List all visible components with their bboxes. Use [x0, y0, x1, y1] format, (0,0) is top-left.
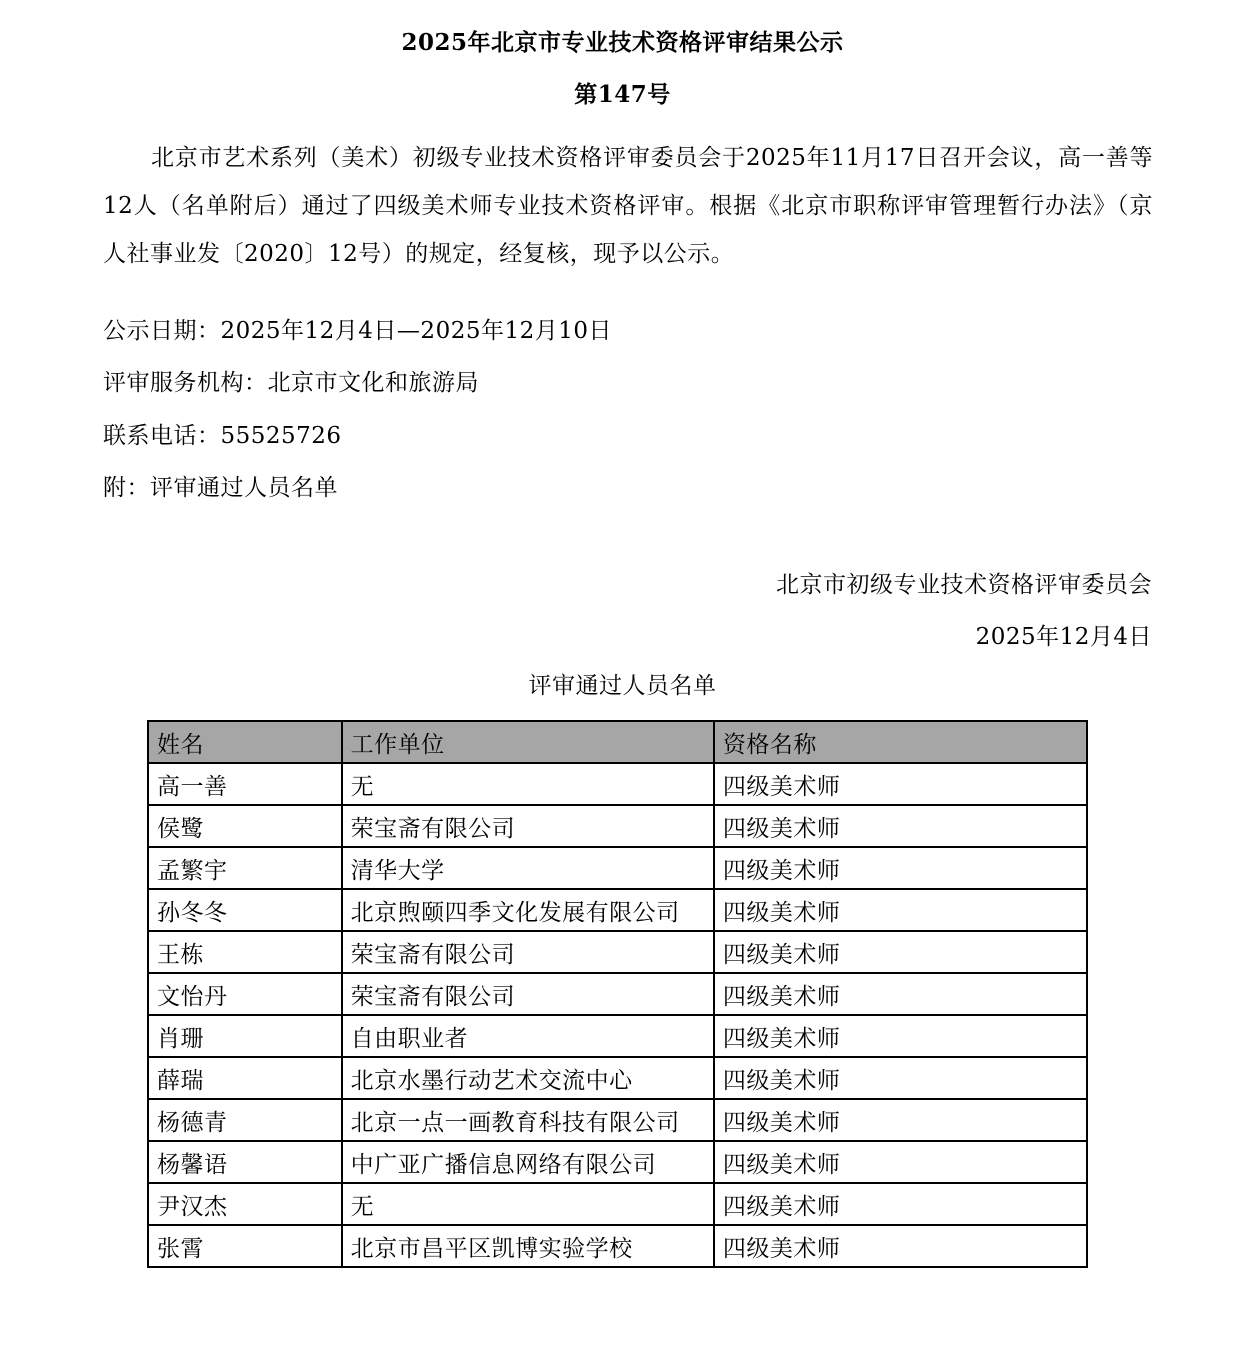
cell-organization: 荣宝斋有限公司	[342, 973, 714, 1015]
cell-name: 侯鹭	[148, 805, 342, 847]
table-header-row: 姓名 工作单位 资格名称	[148, 721, 1087, 763]
table-row: 尹汉杰 无 四级美术师	[148, 1183, 1087, 1225]
header-qualification: 资格名称	[714, 721, 1087, 763]
cell-name: 孟繁宇	[148, 847, 342, 889]
cell-qualification: 四级美术师	[714, 973, 1087, 1015]
cell-qualification: 四级美术师	[714, 889, 1087, 931]
cell-organization: 北京煦颐四季文化发展有限公司	[342, 889, 714, 931]
table-title: 评审通过人员名单	[0, 667, 1245, 700]
cell-qualification: 四级美术师	[714, 1057, 1087, 1099]
cell-organization: 北京一点一画教育科技有限公司	[342, 1099, 714, 1141]
cell-name: 王栋	[148, 931, 342, 973]
cell-qualification: 四级美术师	[714, 1015, 1087, 1057]
table-row: 张霄 北京市昌平区凯博实验学校 四级美术师	[148, 1225, 1087, 1267]
table-row: 王栋 荣宝斋有限公司 四级美术师	[148, 931, 1087, 973]
table-row: 高一善 无 四级美术师	[148, 763, 1087, 805]
table-row: 侯鹭 荣宝斋有限公司 四级美术师	[148, 805, 1087, 847]
header-organization: 工作单位	[342, 721, 714, 763]
contact-phone: 联系电话：55525726	[103, 417, 342, 450]
cell-name: 文怡丹	[148, 973, 342, 1015]
cell-organization: 荣宝斋有限公司	[342, 931, 714, 973]
cell-name: 薛瑞	[148, 1057, 342, 1099]
cell-organization: 无	[342, 763, 714, 805]
cell-organization: 北京水墨行动艺术交流中心	[342, 1057, 714, 1099]
table-row: 杨馨语 中广亚广播信息网络有限公司 四级美术师	[148, 1141, 1087, 1183]
document-title: 2025年北京市专业技术资格评审结果公示	[0, 24, 1245, 57]
table-row: 孙冬冬 北京煦颐四季文化发展有限公司 四级美术师	[148, 889, 1087, 931]
cell-qualification: 四级美术师	[714, 847, 1087, 889]
cell-organization: 荣宝斋有限公司	[342, 805, 714, 847]
approved-personnel-table: 姓名 工作单位 资格名称 高一善 无 四级美术师 侯鹭 荣宝斋有限公司 四级美术…	[147, 720, 1088, 1268]
cell-name: 尹汉杰	[148, 1183, 342, 1225]
header-name: 姓名	[148, 721, 342, 763]
cell-name: 孙冬冬	[148, 889, 342, 931]
cell-organization: 自由职业者	[342, 1015, 714, 1057]
cell-qualification: 四级美术师	[714, 1183, 1087, 1225]
signature-org: 北京市初级专业技术资格评审委员会	[776, 566, 1152, 599]
table-row: 孟繁宇 清华大学 四级美术师	[148, 847, 1087, 889]
table-row: 文怡丹 荣宝斋有限公司 四级美术师	[148, 973, 1087, 1015]
cell-name: 肖珊	[148, 1015, 342, 1057]
document-number: 第147号	[0, 76, 1245, 109]
cell-qualification: 四级美术师	[714, 931, 1087, 973]
cell-organization: 北京市昌平区凯博实验学校	[342, 1225, 714, 1267]
cell-qualification: 四级美术师	[714, 1225, 1087, 1267]
cell-organization: 无	[342, 1183, 714, 1225]
cell-qualification: 四级美术师	[714, 805, 1087, 847]
announcement-paragraph: 北京市艺术系列（美术）初级专业技术资格评审委员会于2025年11月17日召开会议…	[103, 134, 1153, 278]
cell-name: 张霄	[148, 1225, 342, 1267]
table-row: 薛瑞 北京水墨行动艺术交流中心 四级美术师	[148, 1057, 1087, 1099]
cell-name: 高一善	[148, 763, 342, 805]
table-row: 肖珊 自由职业者 四级美术师	[148, 1015, 1087, 1057]
table-row: 杨德青 北京一点一画教育科技有限公司 四级美术师	[148, 1099, 1087, 1141]
review-agency: 评审服务机构：北京市文化和旅游局	[103, 364, 479, 397]
attachment-note: 附：评审通过人员名单	[103, 469, 338, 502]
cell-qualification: 四级美术师	[714, 1141, 1087, 1183]
cell-qualification: 四级美术师	[714, 1099, 1087, 1141]
announcement-period: 公示日期：2025年12月4日—2025年12月10日	[103, 312, 612, 345]
signature-date: 2025年12月4日	[976, 618, 1152, 651]
cell-name: 杨馨语	[148, 1141, 342, 1183]
cell-organization: 清华大学	[342, 847, 714, 889]
cell-organization: 中广亚广播信息网络有限公司	[342, 1141, 714, 1183]
cell-name: 杨德青	[148, 1099, 342, 1141]
cell-qualification: 四级美术师	[714, 763, 1087, 805]
